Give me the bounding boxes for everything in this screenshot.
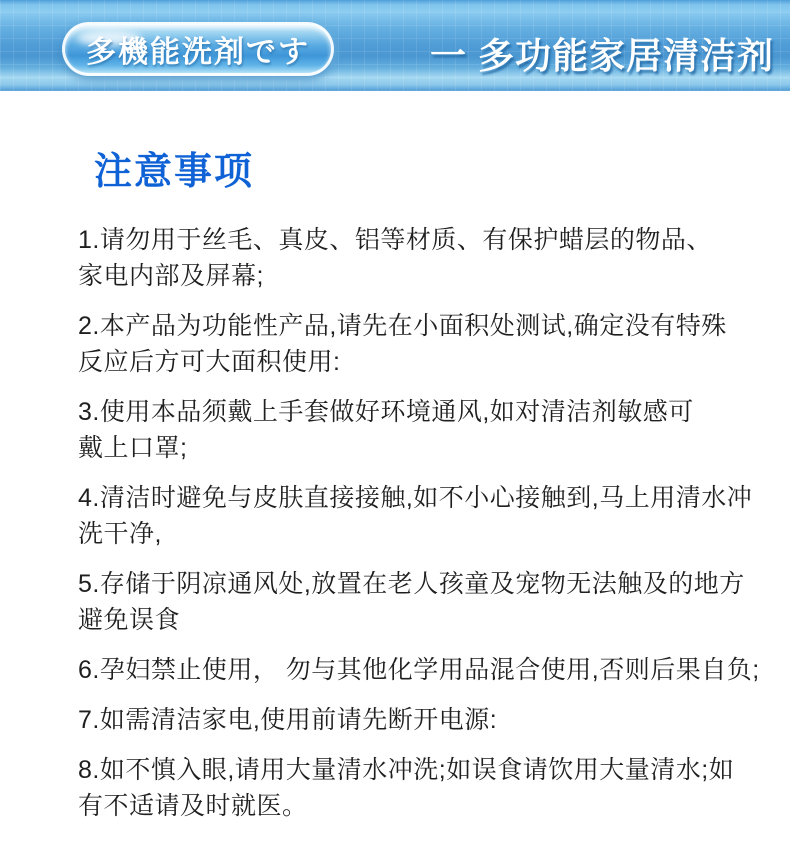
product-detail-page: 多機能洗剤です 一 多功能家居清洁剂 注意事项 1.请勿用于丝毛、真皮、铝等材质… [0,0,790,850]
section-title: 注意事项 [94,150,760,194]
precaution-item-6: 6.孕妇禁止使用， 勿与其他化学用品混合使用,否则后果自负; [78,652,760,688]
badge-label: 多機能洗剤です [86,27,310,71]
header-banner: 多機能洗剤です 一 多功能家居清洁剂 [0,0,790,91]
precaution-item-5: 5.存储于阴凉通风处,放置在老人孩童及宠物无法触及的地方 避免误食 [78,566,760,638]
precautions-section: 注意事项 1.请勿用于丝毛、真皮、铝等材质、有保护蜡层的物品、 家电内部及屏幕;… [0,91,790,838]
product-badge: 多機能洗剤です [62,22,334,76]
banner-title: 一 多功能家居清洁剂 [430,28,774,79]
precaution-item-7: 7.如需清洁家电,使用前请先断开电源: [78,702,760,738]
precaution-item-1: 1.请勿用于丝毛、真皮、铝等材质、有保护蜡层的物品、 家电内部及屏幕; [78,222,760,294]
precaution-item-3: 3.使用本品须戴上手套做好环境通风,如对清洁剂敏感可 戴上口罩; [78,394,760,466]
precaution-item-8: 8.如不慎入眼,请用大量清水冲洗;如误食请饮用大量清水;如 有不适请及时就医。 [78,752,760,824]
precaution-item-2: 2.本产品为功能性产品,请先在小面积处测试,确定没有特殊 反应后方可大面积使用: [78,308,760,380]
precaution-item-4: 4.清洁时避免与皮肤直接接触,如不小心接触到,马上用清水冲 洗干净, [78,480,760,552]
